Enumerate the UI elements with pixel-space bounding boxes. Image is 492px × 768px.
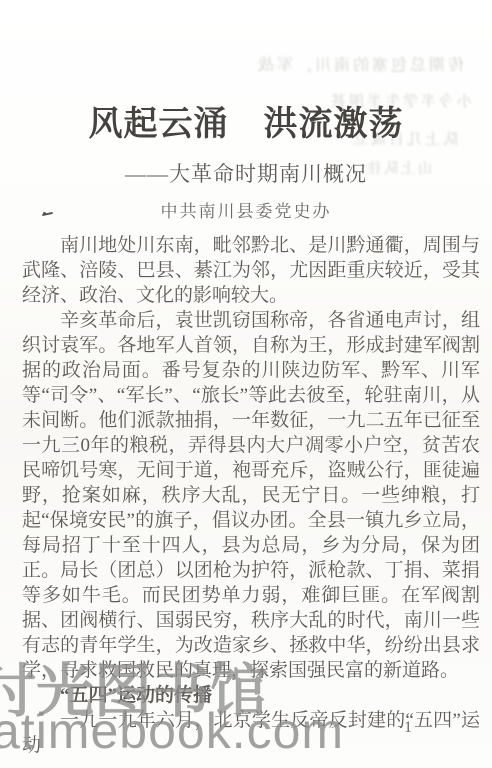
author-byline: 中共南川县委党史办	[0, 197, 492, 222]
bleedthrough-text-line: 传期总包塞的南川，军战	[255, 52, 464, 75]
pen-mark	[42, 211, 54, 216]
scanned-book-page: 传期总包塞的南川，军战 小今半学生半围甚 队上几日成立 山上队往 风起云涌 洪流…	[0, 0, 492, 768]
page-number: 1	[404, 719, 412, 737]
watermark-website: atimebook.com	[0, 702, 344, 760]
paragraph: 辛亥革命后，袁世凯窃国称帝，各省通电声讨，组织讨袁军。各地军人首领，自称为王，形…	[22, 308, 480, 683]
paragraph: 南川地处川东南，毗邻黔北、是川黔通衢，周围与武隆、涪陵、巴县、綦江为邻，尤因距重…	[22, 233, 480, 308]
chapter-subtitle: ——大革命时期南川概况	[0, 158, 492, 188]
chapter-title: 风起云涌 洪流激荡	[0, 96, 492, 145]
